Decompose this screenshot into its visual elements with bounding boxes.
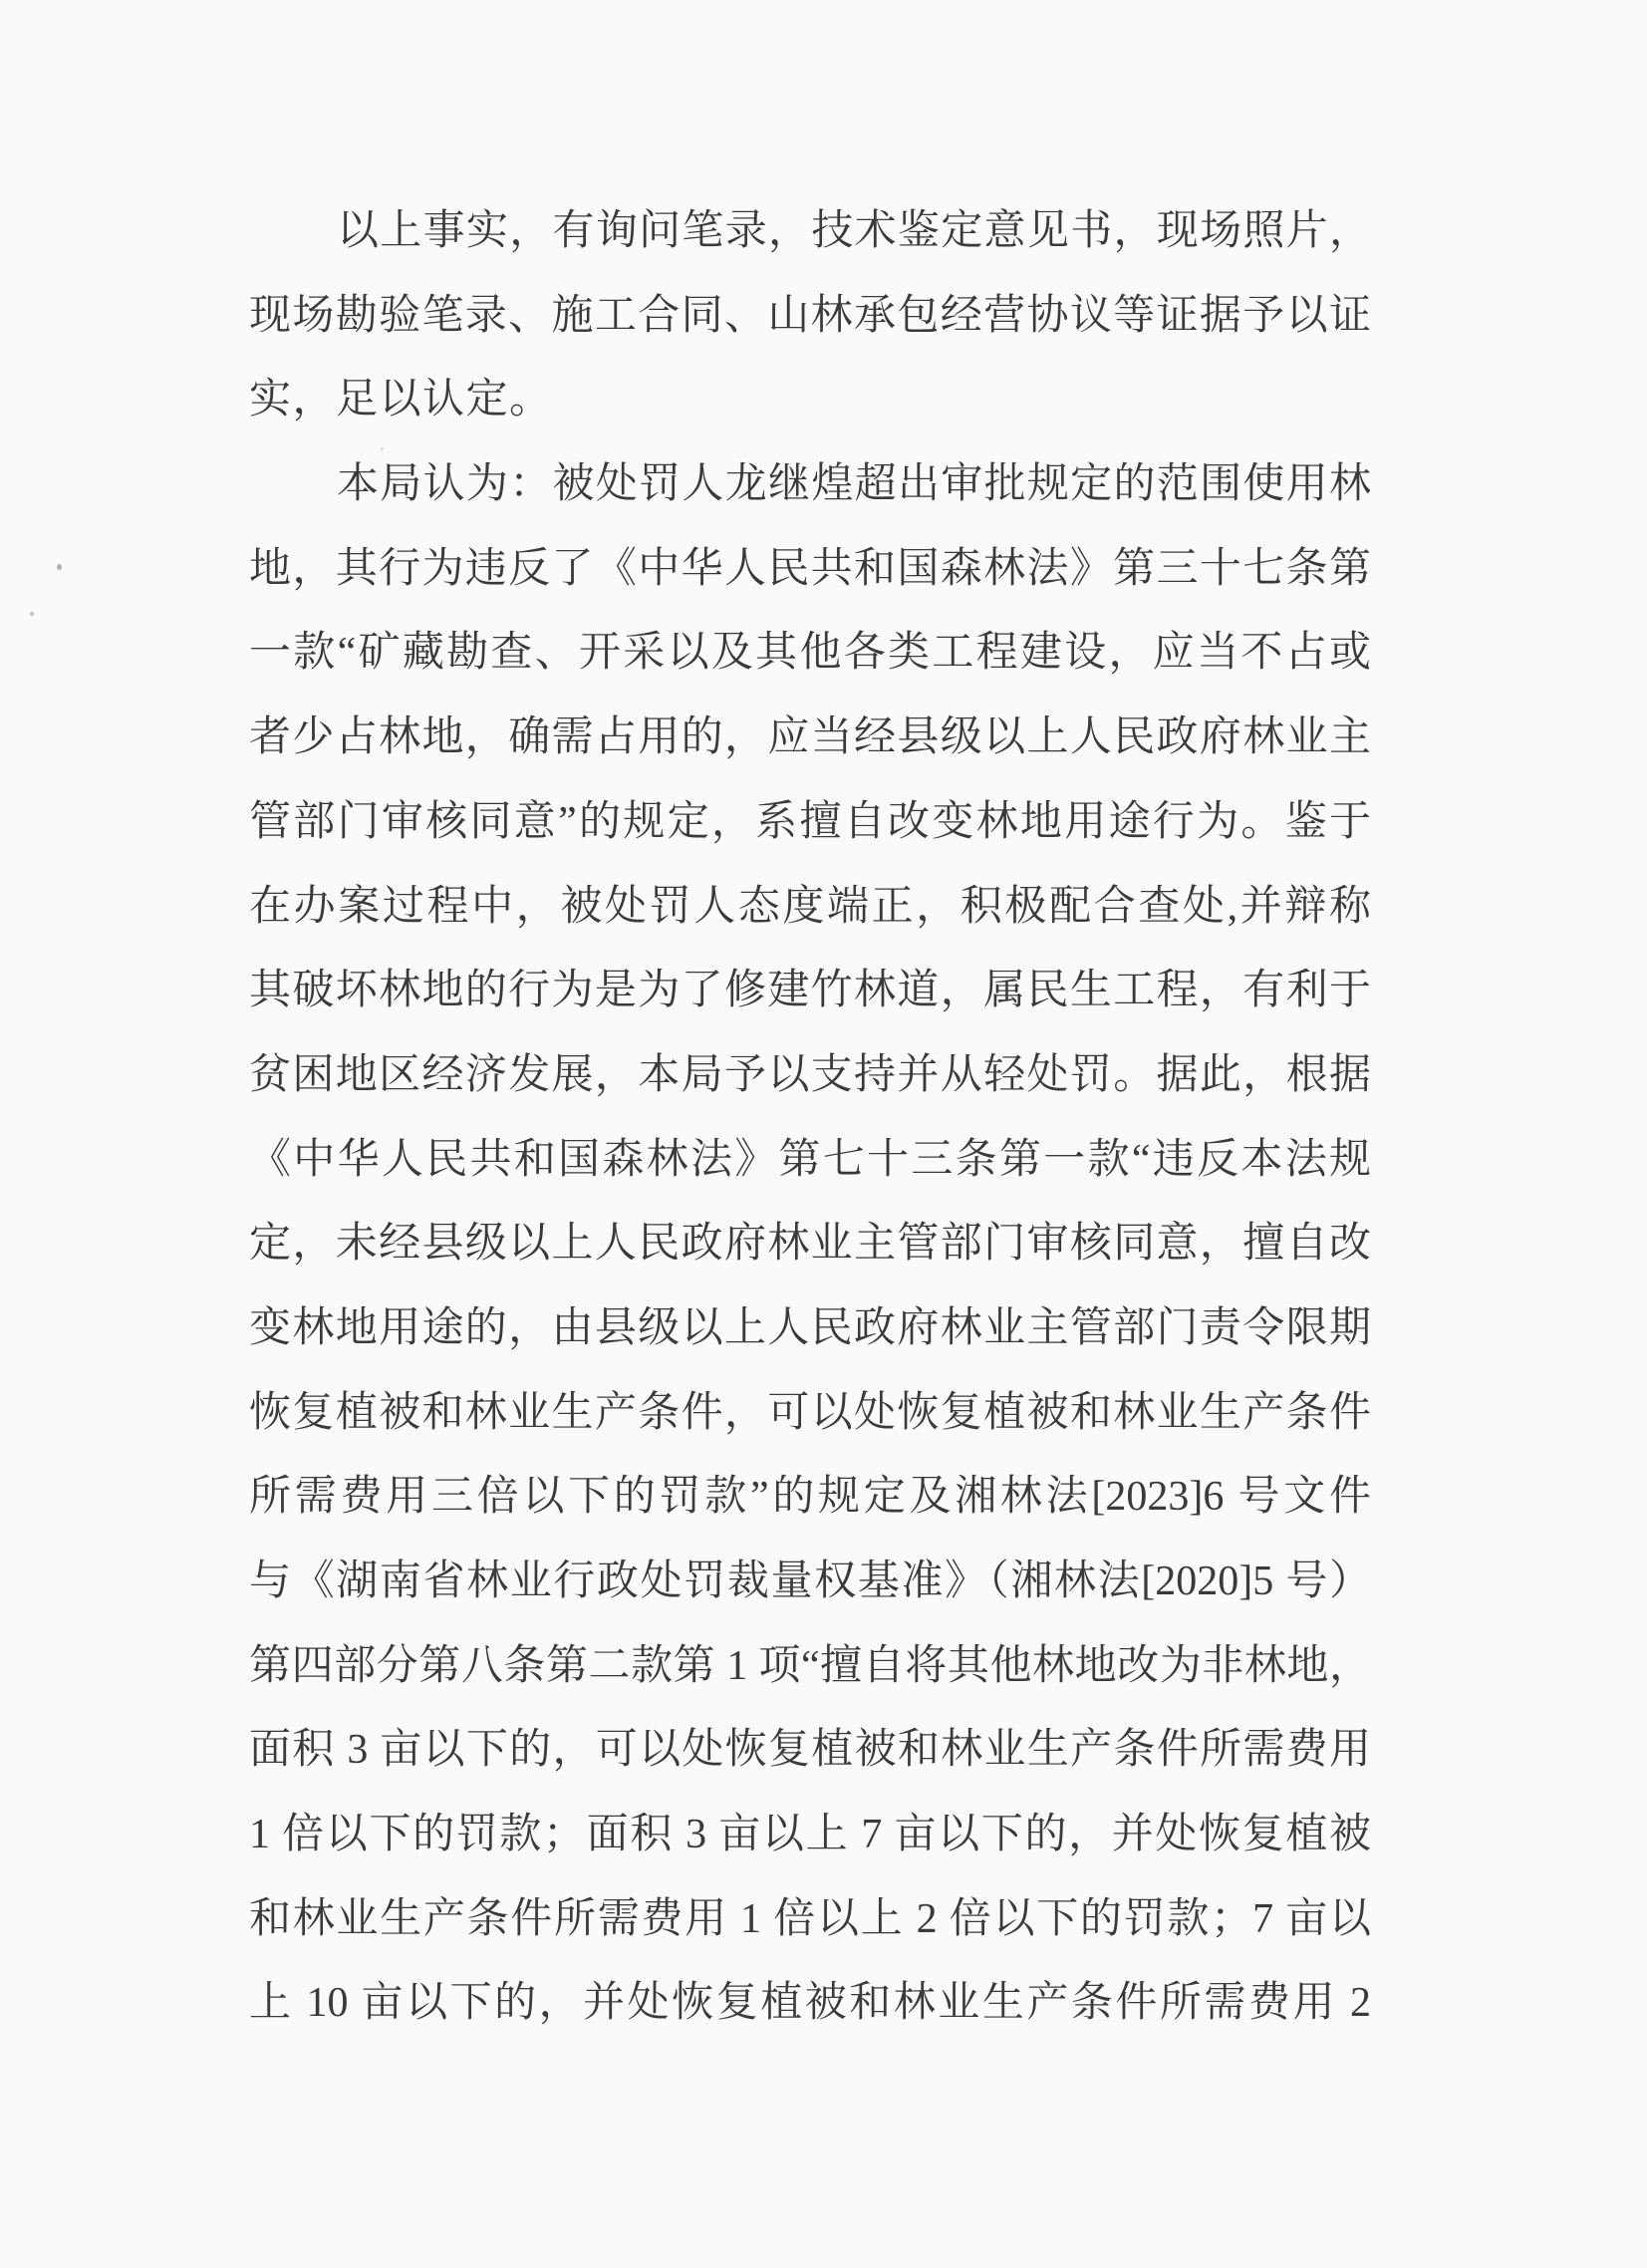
text-line: 管部门审核同意”的规定，系擅自改变林地用途行为。鉴于 [249, 780, 1371, 865]
scan-speck [57, 564, 62, 570]
text-line: 定，未经县级以上人民政府林业主管部门审核同意，擅自改 [249, 1202, 1371, 1286]
text-line: 地，其行为违反了《中华人民共和国森林法》第三十七条第 [249, 527, 1371, 612]
text-line: 变林地用途的，由县级以上人民政府林业主管部门责令限期 [249, 1286, 1371, 1371]
text-line: 与《湖南省林业行政处罚裁量权基准》（湘林法[2020]5 号） [249, 1540, 1371, 1624]
text-line: 恢复植被和林业生产条件，可以处恢复植被和林业生产条件 [249, 1371, 1371, 1456]
text-line: 上 10 亩以下的，并处恢复植被和林业生产条件所需费用 2 [249, 1961, 1371, 2046]
text-line: 在办案过程中，被处罚人态度端正，积极配合查处,并辩称 [249, 865, 1371, 950]
text-line: 本局认为：被处罚人龙继煌超出审批规定的范围使用林 [249, 442, 1371, 527]
document-body: 以上事实，有询问笔录，技术鉴定意见书，现场照片， 现场勘验笔录、施工合同、山林承… [249, 189, 1371, 2046]
scanned-page: 以上事实，有询问笔录，技术鉴定意见书，现场照片， 现场勘验笔录、施工合同、山林承… [0, 0, 1647, 2268]
text-line: 1 倍以下的罚款；面积 3 亩以上 7 亩以下的，并处恢复植被 [249, 1793, 1371, 1877]
text-line: 实，足以认定。 [249, 358, 1371, 442]
scan-speck [381, 447, 384, 450]
text-line: 第四部分第八条第二款第 1 项“擅自将其他林地改为非林地， [249, 1624, 1371, 1709]
scan-speck [30, 612, 34, 616]
text-line: 以上事实，有询问笔录，技术鉴定意见书，现场照片， [249, 189, 1371, 274]
text-line: 和林业生产条件所需费用 1 倍以上 2 倍以下的罚款；7 亩以 [249, 1877, 1371, 1962]
text-line: 《中华人民共和国森林法》第七十三条第一款“违反本法规 [249, 1118, 1371, 1203]
text-line: 其破坏林地的行为是为了修建竹林道，属民生工程，有利于 [249, 949, 1371, 1033]
text-line: 面积 3 亩以下的，可以处恢复植被和林业生产条件所需费用 [249, 1708, 1371, 1793]
text-line: 所需费用三倍以下的罚款”的规定及湘林法[2023]6 号文件 [249, 1455, 1371, 1540]
text-line: 者少占林地，确需占用的，应当经县级以上人民政府林业主 [249, 696, 1371, 780]
text-line: 一款“矿藏勘查、开采以及其他各类工程建设，应当不占或 [249, 611, 1371, 696]
text-line: 贫困地区经济发展，本局予以支持并从轻处罚。据此，根据 [249, 1033, 1371, 1118]
text-line: 现场勘验笔录、施工合同、山林承包经营协议等证据予以证 [249, 274, 1371, 359]
